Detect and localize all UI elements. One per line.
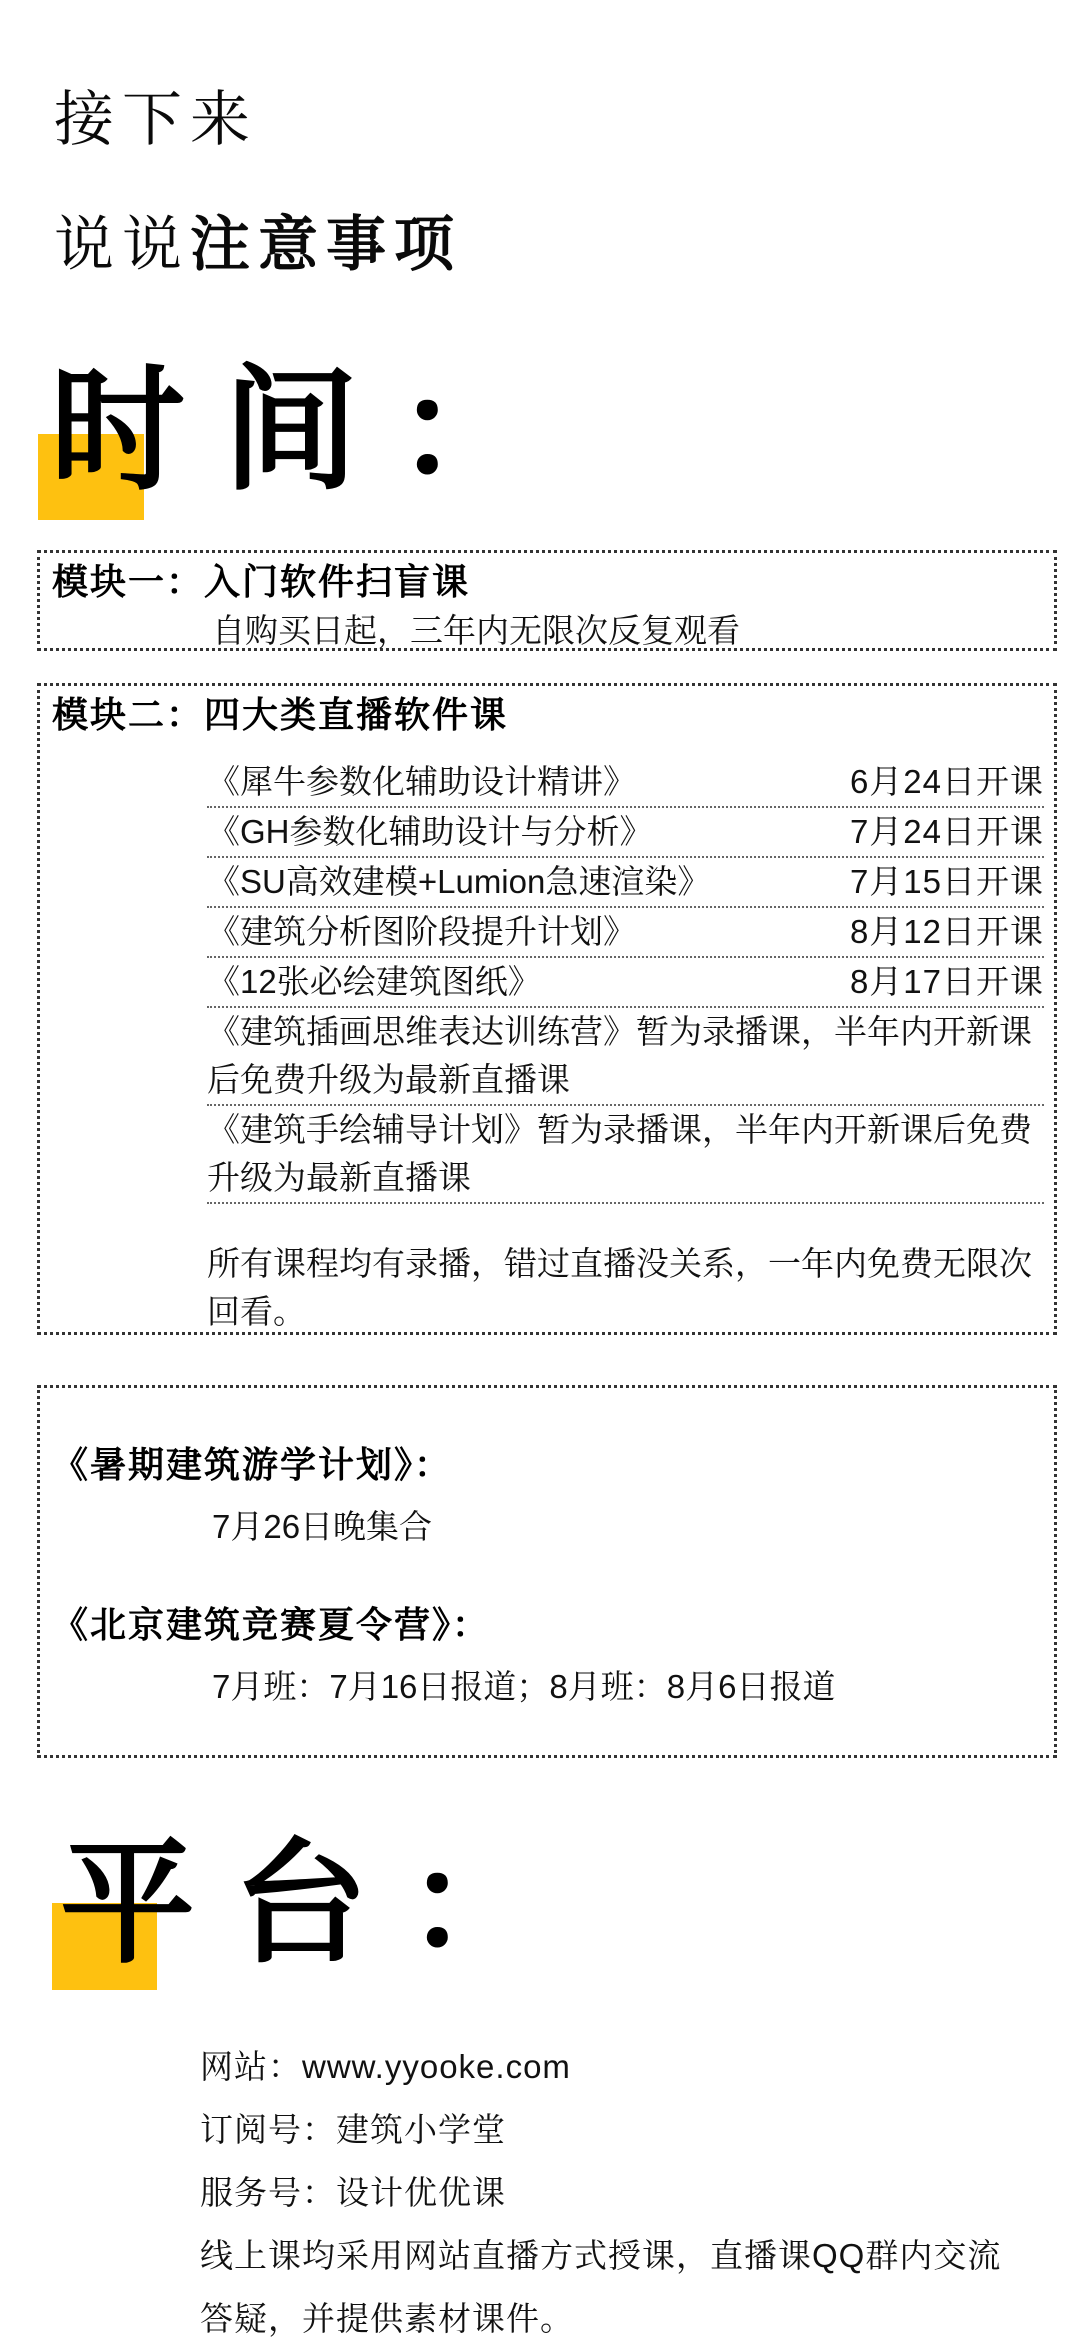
camp-item: 《北京建筑竞赛夏令营》： 7月班：7月16日报道；8月班：8月6日报道 xyxy=(52,1602,1044,1710)
module1-body: 自购买日起，三年内无限次反复观看 xyxy=(212,609,1044,653)
course-row: 《12张必绘建筑图纸》 8月17日开课 xyxy=(207,958,1044,1008)
module2-box: 模块二：四大类直播软件课 《犀牛参数化辅助设计精讲》 6月24日开课 《GH参数… xyxy=(37,683,1057,1335)
camp-title: 《暑期建筑游学计划》： xyxy=(52,1442,1044,1488)
course-row: 《建筑手绘辅导计划》暂为录播课，半年内开新课后免费升级为最新直播课 xyxy=(207,1106,1044,1204)
intro-line-2-regular: 说说 xyxy=(54,211,190,278)
courses-note: 所有课程均有录播，错过直播没关系，一年内免费无限次回看。 xyxy=(207,1240,1044,1336)
platform-line-website: 网站：www.yyooke.com xyxy=(200,2035,1022,2098)
intro-line-2: 说说注意事项 xyxy=(54,210,462,279)
course-row: 《SU高效建模+Lumion急速渲染》 7月15日开课 xyxy=(207,858,1044,908)
course-name: 《SU高效建模+Lumion急速渲染》 xyxy=(207,858,834,906)
module2-title: 模块二：四大类直播软件课 xyxy=(52,694,1044,736)
course-name: 《建筑手绘辅导计划》暂为录播课，半年内开新课后免费升级为最新直播课 xyxy=(207,1106,1044,1202)
course-name: 《犀牛参数化辅助设计精讲》 xyxy=(207,758,834,806)
course-name: 《GH参数化辅助设计与分析》 xyxy=(207,808,834,856)
intro-line-2-emphasis: 注意事项 xyxy=(190,211,462,278)
camp-item: 《暑期建筑游学计划》： 7月26日晚集合 xyxy=(52,1442,1044,1550)
poster-page: 接下来 说说注意事项 时间： 模块一：入门软件扫盲课 自购买日起，三年内无限次反… xyxy=(0,0,1080,2352)
course-date: 8月12日开课 xyxy=(834,908,1044,956)
course-date: 8月17日开课 xyxy=(834,958,1044,1006)
course-row: 《建筑插画思维表达训练营》暂为录播课，半年内开新课后免费升级为最新直播课 xyxy=(207,1008,1044,1106)
course-row: 《建筑分析图阶段提升计划》 8月12日开课 xyxy=(207,908,1044,958)
platform-line-subscription: 订阅号：建筑小学堂 xyxy=(200,2098,1022,2161)
course-date: 7月24日开课 xyxy=(834,808,1044,856)
course-name: 《建筑插画思维表达训练营》暂为录播课，半年内开新课后免费升级为最新直播课 xyxy=(207,1008,1044,1104)
time-section-heading: 时间： xyxy=(50,362,569,500)
camps-box: 《暑期建筑游学计划》： 7月26日晚集合 《北京建筑竞赛夏令营》： 7月班：7月… xyxy=(37,1385,1057,1758)
course-name: 《12张必绘建筑图纸》 xyxy=(207,958,834,1006)
camp-detail: 7月班：7月16日报道；8月班：8月6日报道 xyxy=(212,1664,1044,1710)
course-row: 《犀牛参数化辅助设计精讲》 6月24日开课 xyxy=(207,758,1044,808)
course-list: 《犀牛参数化辅助设计精讲》 6月24日开课 《GH参数化辅助设计与分析》 7月2… xyxy=(52,758,1044,1204)
course-row: 《GH参数化辅助设计与分析》 7月24日开课 xyxy=(207,808,1044,858)
course-name: 《建筑分析图阶段提升计划》 xyxy=(207,908,834,956)
course-date: 6月24日开课 xyxy=(834,758,1044,806)
platform-line-service: 服务号：设计优优课 xyxy=(200,2161,1022,2224)
intro-line-1: 接下来 xyxy=(54,85,258,154)
camp-detail: 7月26日晚集合 xyxy=(212,1504,1044,1550)
platform-info: 网站：www.yyooke.com 订阅号：建筑小学堂 服务号：设计优优课 线上… xyxy=(200,2035,1022,2350)
platform-section-heading: 平台： xyxy=(60,1835,579,1973)
module1-box: 模块一：入门软件扫盲课 自购买日起，三年内无限次反复观看 xyxy=(37,550,1057,651)
course-date: 7月15日开课 xyxy=(834,858,1044,906)
module1-title: 模块一：入门软件扫盲课 xyxy=(52,561,1044,603)
camp-title: 《北京建筑竞赛夏令营》： xyxy=(52,1602,1044,1648)
platform-line-note: 线上课均采用网站直播方式授课，直播课QQ群内交流答疑，并提供素材课件。 xyxy=(200,2224,1022,2350)
